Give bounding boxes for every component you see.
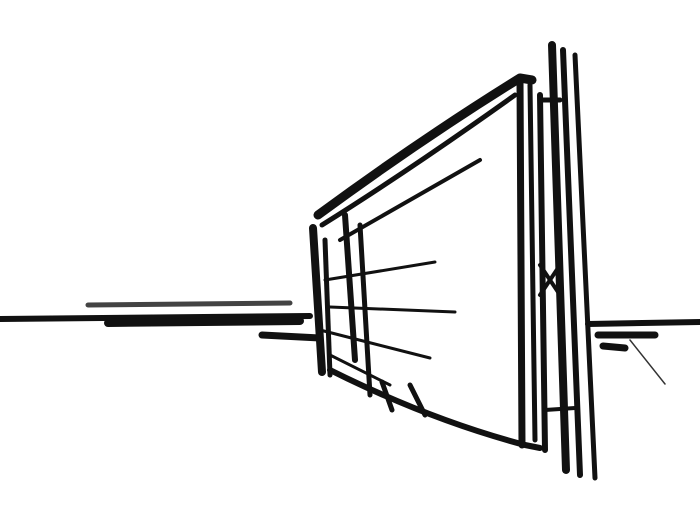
architectural-sketch (0, 0, 700, 525)
building-facade (313, 45, 595, 478)
